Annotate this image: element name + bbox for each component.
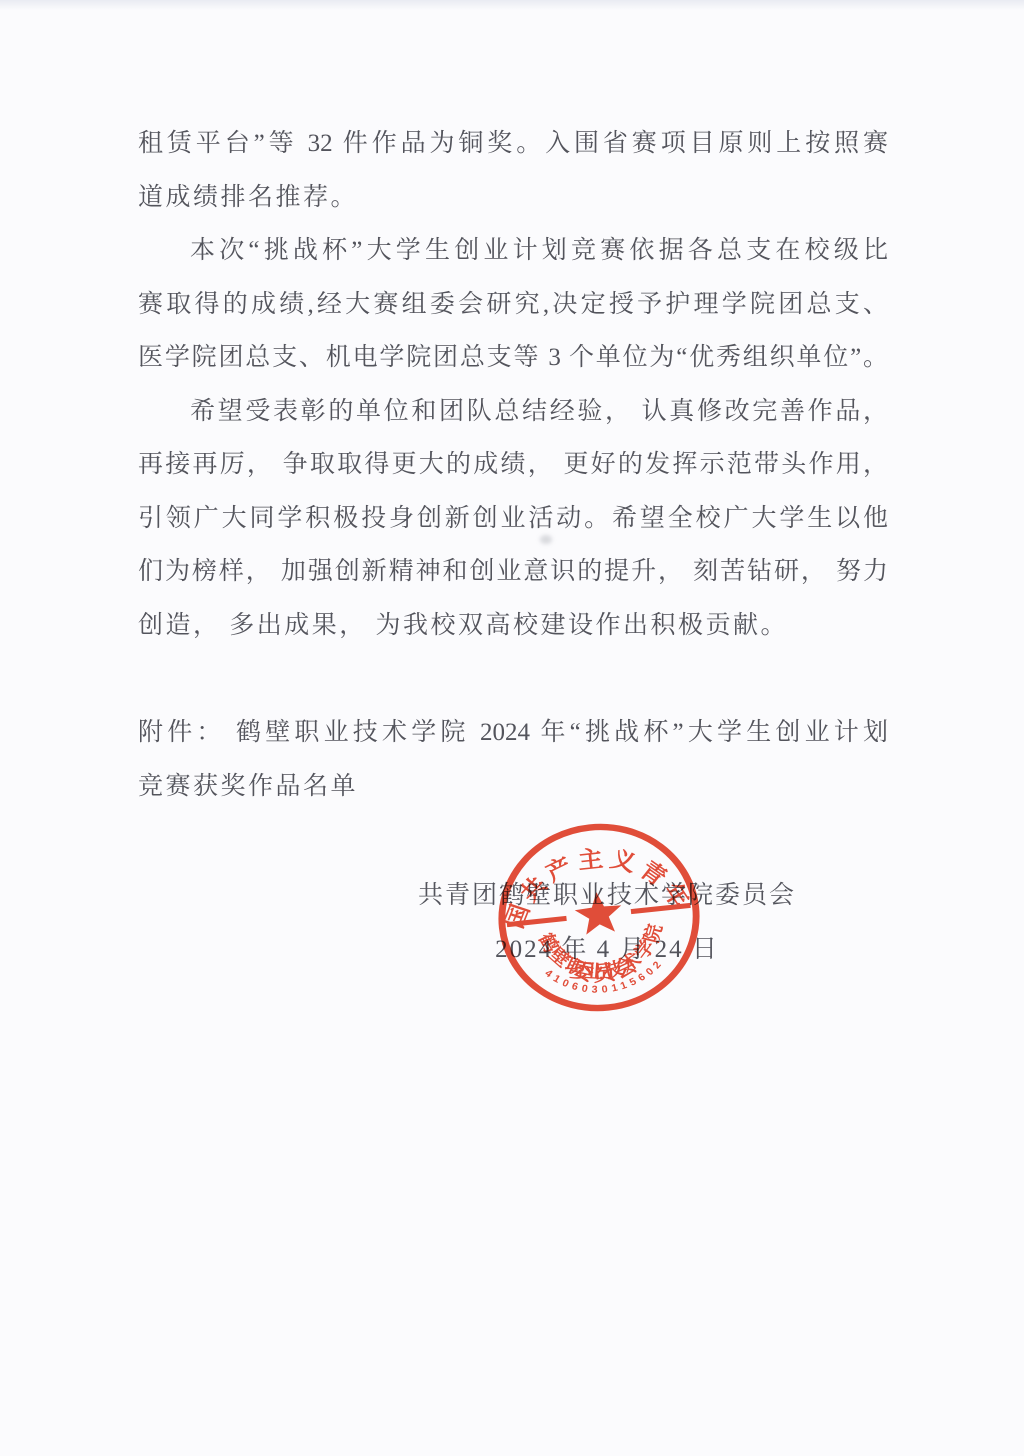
body-line: 希望受表彰的单位和团队总结经验， 认真修改完善作品， — [138, 385, 888, 439]
attachment-block: 附件： 鹤壁职业技术学院 2024 年“挑战杯”大学生创业计划 竞赛获奖作品名单 — [138, 706, 888, 813]
document-body: 租赁平台”等 32 件作品为铜奖。入围省赛项目原则上按照赛 道成绩排名推荐。 本… — [138, 117, 888, 976]
attachment-line: 竞赛获奖作品名单 — [138, 760, 888, 814]
body-line: 创造， 多出成果， 为我校双高校建设作出积极贡献。 — [138, 599, 888, 653]
signature-org: 共青团鹤壁职业技术学院委员会 — [412, 869, 802, 923]
body-line: 再接再厉， 争取取得更大的成绩， 更好的发挥示范带头作用， — [138, 438, 888, 492]
body-line: 本次“挑战杯”大学生创业计划竞赛依据各总支在校级比 — [138, 224, 888, 278]
body-line: 引领广大同学积极投身创新创业活动。希望全校广大学生以他 — [138, 492, 888, 546]
body-line: 赛取得的成绩,经大赛组委会研究,决定授予护理学院团总支、 — [138, 278, 888, 332]
body-line: 租赁平台”等 32 件作品为铜奖。入围省赛项目原则上按照赛 — [138, 117, 888, 171]
body-line: 道成绩排名推荐。 — [138, 171, 888, 225]
attachment-line: 附件： 鹤壁职业技术学院 2024 年“挑战杯”大学生创业计划 — [138, 706, 888, 760]
body-line: 医学院团总支、机电学院团总支等 3 个单位为“优秀组织单位”。 — [138, 331, 888, 385]
body-line: 们为榜样， 加强创新精神和创业意识的提升， 刻苦钻研， 努力 — [138, 545, 888, 599]
signature-block: 共青团鹤壁职业技术学院委员会 2024 年 4 月 24 日 — [412, 869, 802, 976]
scan-artifact-top — [0, 0, 1024, 10]
signature-date: 2024 年 4 月 24 日 — [412, 923, 802, 977]
